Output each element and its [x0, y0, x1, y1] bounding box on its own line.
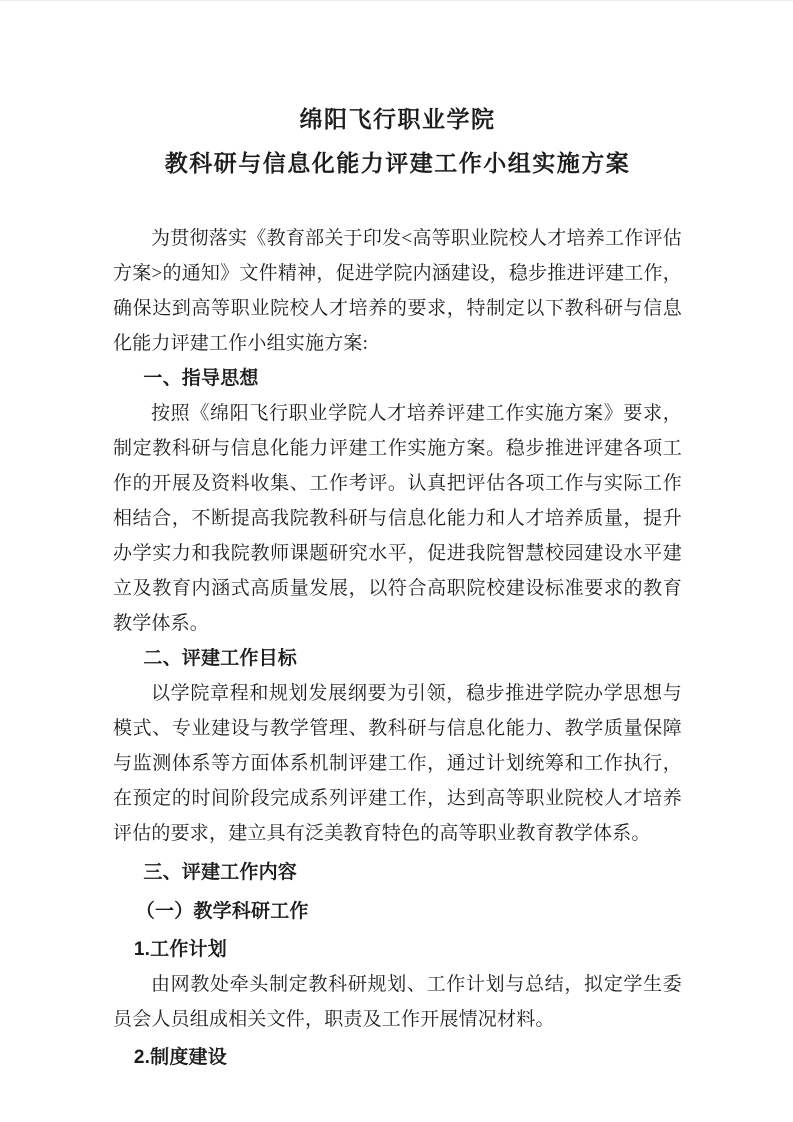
doc-title: 绵阳飞行职业学院	[113, 97, 682, 141]
section-heading-work-goals: 二、评建工作目标	[113, 641, 682, 676]
section-heading-work-content: 三、评建工作内容	[113, 855, 682, 890]
item-heading-work-plan: 1.工作计划	[113, 932, 682, 967]
subsection-heading-teaching-research: （一）教学科研工作	[113, 894, 682, 929]
section-body-guiding-ideology: 按照《绵阳飞行职业学院人才培养评建工作实施方案》要求，制定教科研与信息化能力评建…	[113, 396, 682, 641]
item-body-work-plan: 由网教处牵头制定教科研规划、工作计划与总结，拟定学生委员会人员组成相关文件，职责…	[113, 967, 682, 1037]
document-page: 绵阳飞行职业学院 教科研与信息化能力评建工作小组实施方案 为贯彻落实《教育部关于…	[0, 0, 793, 1122]
section-heading-guiding-ideology: 一、指导思想	[113, 361, 682, 396]
intro-paragraph: 为贯彻落实《教育部关于印发<高等职业院校人才培养工作评估方案>的通知》文件精神，…	[113, 221, 682, 361]
item-heading-system-construction: 2.制度建设	[113, 1040, 682, 1075]
document-content: 绵阳飞行职业学院 教科研与信息化能力评建工作小组实施方案 为贯彻落实《教育部关于…	[0, 1, 793, 1075]
section-body-work-goals: 以学院章程和规划发展纲要为引领，稳步推进学院办学思想与模式、专业建设与教学管理、…	[113, 676, 682, 851]
doc-subtitle: 教科研与信息化能力评建工作小组实施方案	[113, 141, 682, 185]
